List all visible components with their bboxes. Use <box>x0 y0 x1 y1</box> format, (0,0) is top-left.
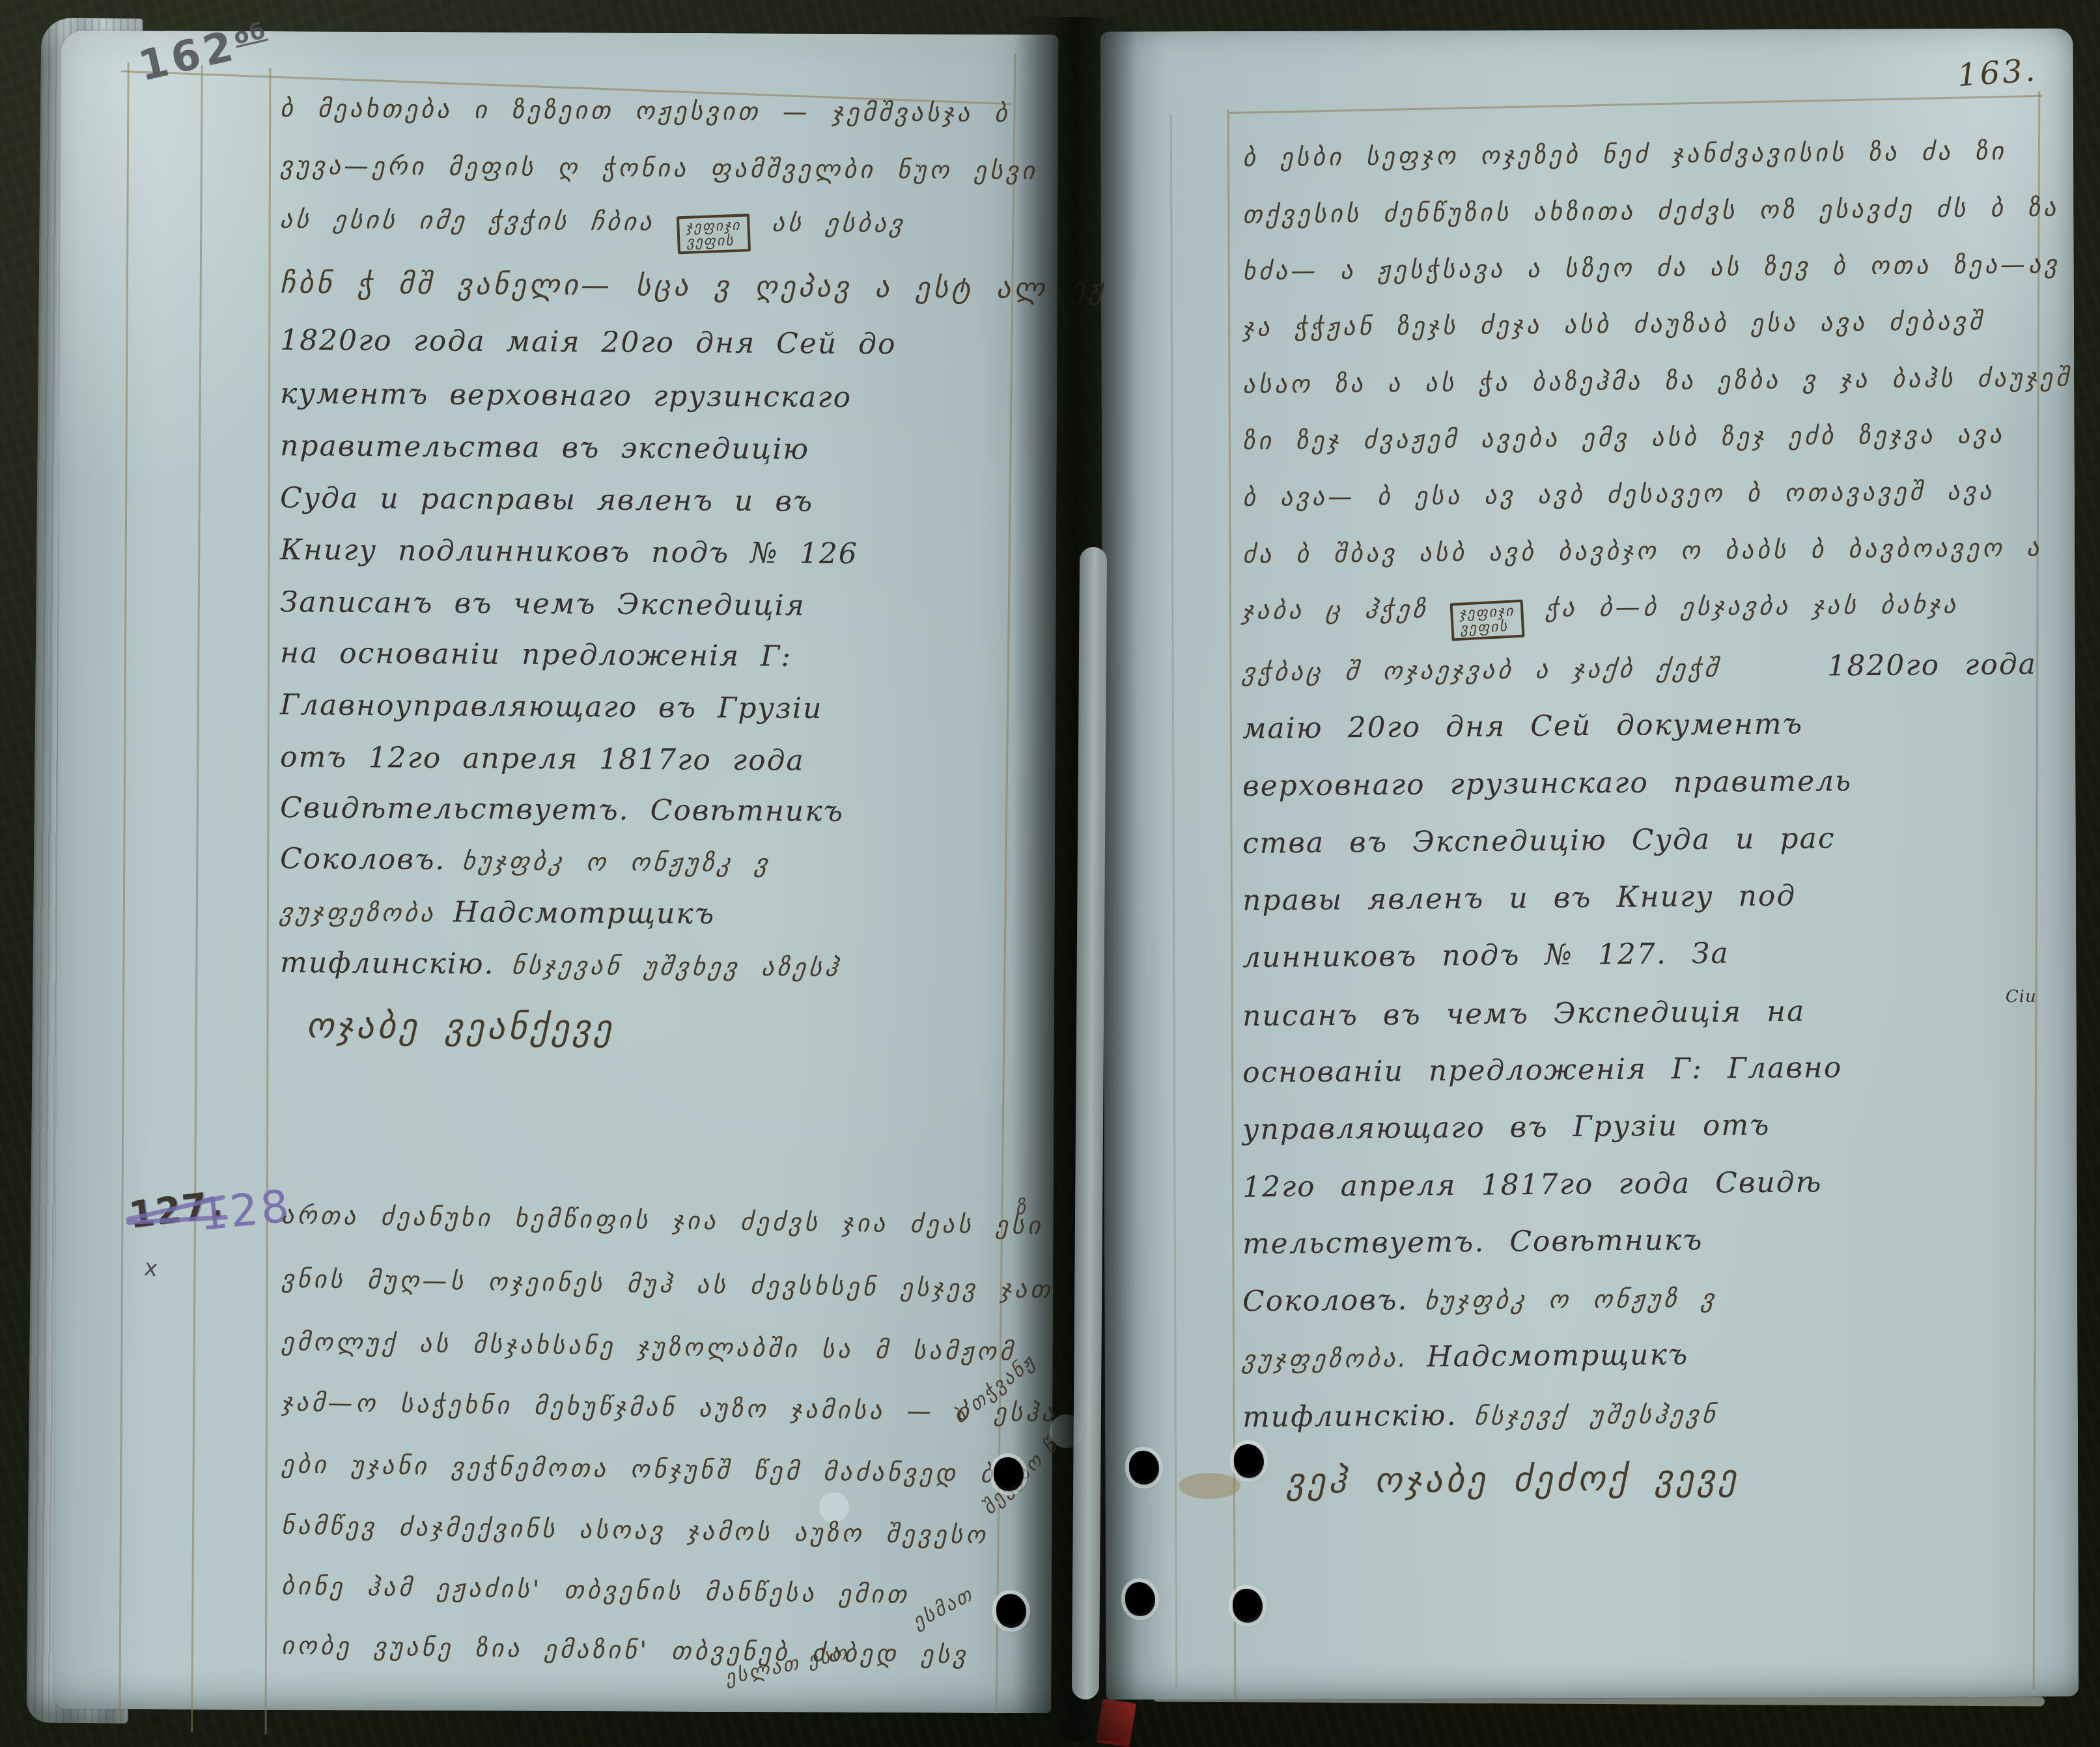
punch-hole <box>1129 1451 1159 1485</box>
line-segment: ნსჯევქ უშესჰევნ <box>1472 1400 1719 1431</box>
punch-hole <box>996 1594 1026 1628</box>
line-segment: Надсмотрщикъ <box>453 896 715 931</box>
punch-hole <box>1125 1582 1155 1616</box>
line-segment: тифлинскiю. <box>1242 1399 1457 1434</box>
folio-left-suffix: об <box>231 18 269 49</box>
red-ribbon-fragment <box>1096 1698 1136 1747</box>
manuscript-line: основанiи предложенiя Г: Главно <box>1242 1051 1843 1089</box>
manuscript-line: Суда и расправы явленъ и въ <box>280 481 814 518</box>
punch-hole <box>994 1457 1024 1491</box>
line-segment: тифлинскiю. <box>280 946 495 981</box>
stamp-box-line: ვეფის <box>686 233 742 250</box>
line-segment: ჭა ბ—ბ ესჯავბა ჯას ბახჯა <box>1545 590 1961 622</box>
line-segment: 1820го года <box>1827 648 2037 683</box>
line-segment: Соколовъ. <box>280 842 446 876</box>
line-segment: ხუჯფბკ ო ონჟუზ ვ <box>1423 1284 1718 1315</box>
manuscript-line: на основанiи предложенiя Г: <box>280 636 792 673</box>
punch-hole <box>1233 1589 1263 1623</box>
manuscript-line: ства въ Экспедицiю Суда и рас <box>1242 822 1836 860</box>
line-segment: Соколовъ. <box>1242 1283 1408 1318</box>
manuscript-line: 12го апреля 1817го года Свидѣ <box>1242 1166 1823 1204</box>
manuscript-line: управляющаго въ Грузiи отъ <box>1242 1108 1771 1146</box>
manuscript-line: ვეჰ ოჯაბე ძეძოქ ვევე <box>1286 1457 1740 1502</box>
manuscript-line: кументъ верховнаго грузинскаго <box>280 377 852 414</box>
line-segment: ვჭბაც შ ოჯაეჯვაბ ა ჯაქბ ქეჭშ <box>1241 654 1722 686</box>
manuscript-line: линниковъ подъ № 127. За <box>1242 937 1729 975</box>
manuscript-line: маiю 20го дня Сей документъ <box>1242 707 1803 746</box>
manuscript-line: Соколовъ.ხუჯფბკ ო ონჟუზკ ვ <box>280 842 771 878</box>
line-segment: ვუჯფეზობა. <box>1241 1344 1411 1374</box>
manuscript-line: Книгу подлинниковъ подъ № 126 <box>280 533 858 570</box>
line-segment: ვუჯფეზობა <box>279 898 438 928</box>
manuscript-line: тифлинскiю.ნსჯევქ უშესჰევნ <box>1242 1397 1718 1434</box>
manuscript-line: Соколовъ.ხუჯფბკ ო ონჟუზ ვ <box>1242 1281 1718 1318</box>
hand-drawn-stamp-box: ჯეფიჯივეფის <box>1449 600 1524 641</box>
manuscript-line: отъ 12го апреля 1817го года <box>280 740 805 777</box>
line-segment: писанъ въ чемъ Экспедицiя на <box>1242 995 1806 1033</box>
line-segment: Надсмотрщикъ <box>1427 1338 1688 1374</box>
manuscript-line: тифлинскiю.ნსჯევან უშვხევ აზესჰ <box>280 946 841 983</box>
overflow-word: ზ <box>1016 1197 1028 1220</box>
manuscript-line: верховнаго грузинскаго правитель <box>1242 764 1853 803</box>
line-segment: ას ესის იმე ჭვჭის ჩბია <box>279 205 657 236</box>
manuscript-line: правы явленъ и въ Книгу под <box>1242 879 1797 917</box>
manuscript-line: Свидѣтельствуетъ. Совѣтникъ <box>280 791 844 828</box>
manuscript-line: ვუვა—ერი მეფის ღ ჭონია ფამშველბი ნუო ესვ… <box>280 151 1038 185</box>
manuscript-line: ას ესის იმე ჭვჭის ჩბიაჯეფიჯივეფისას ესბა… <box>280 205 906 255</box>
manuscript-line: ვუჯფეზობა.Надсмотрщикъ <box>1242 1338 1689 1375</box>
stamp-box-line: ვეფის <box>1460 619 1515 636</box>
line-segment: ხუჯფბკ ო ონჟუზკ ვ <box>461 846 773 877</box>
manuscript-line: Главноуправляющаго въ Грузiи <box>280 688 823 725</box>
line-segment: ჯაბა ც ჰჭეზ <box>1241 594 1430 625</box>
manuscript-line: ვუჯფეზობაНадсмотрщикъ <box>280 895 715 931</box>
manuscript-line: ოჯაბე ვეანქევე <box>306 1005 615 1048</box>
line-segment: ას ესბავ <box>771 208 908 238</box>
manuscript-line: ჩბნ ჭ მშ ვანელი— სცა ვ ღეპავ ა ესტ ალ ეჟ <box>280 267 1106 306</box>
line-segment: ნსჯევან უშვხევ აზესჰ <box>510 951 842 981</box>
manuscript-line: писанъ въ чемъ Экспедицiя наСiи <box>1242 993 2037 1033</box>
manuscript-line: ვჭბაც შ ოჯაეჯვაბ ა ჯაქბ ქეჭშ1820го года <box>1242 648 2037 688</box>
hand-drawn-stamp-box: ჯეფიჯივეფის <box>677 214 751 254</box>
manuscript-line: Записанъ въ чемъ Экспедицiя <box>280 585 805 622</box>
manuscript-line: тельствуетъ. Совѣтникъ <box>1242 1223 1703 1261</box>
interlinear-insertion: Сiи <box>2006 987 2037 1007</box>
margin-number-purple: 128 <box>197 1181 294 1241</box>
folio-number-right: 163. <box>1956 52 2038 94</box>
manuscript-line: ბ მეახთება ი ზეზეით ოჟესვით — ჯემშვასჯა … <box>280 94 1011 128</box>
manuscript-line: ჯაბა ც ჰჭეზჯეფიჯივეფისჭა ბ—ბ ესჯავბა ჯას… <box>1242 590 1959 641</box>
manuscript-line: 1820го года маiя 20го дня Сей до <box>280 324 897 361</box>
punch-hole <box>1234 1444 1264 1478</box>
stain <box>1179 1473 1240 1499</box>
manuscript-line: правительства въ экспедицiю <box>280 429 810 466</box>
